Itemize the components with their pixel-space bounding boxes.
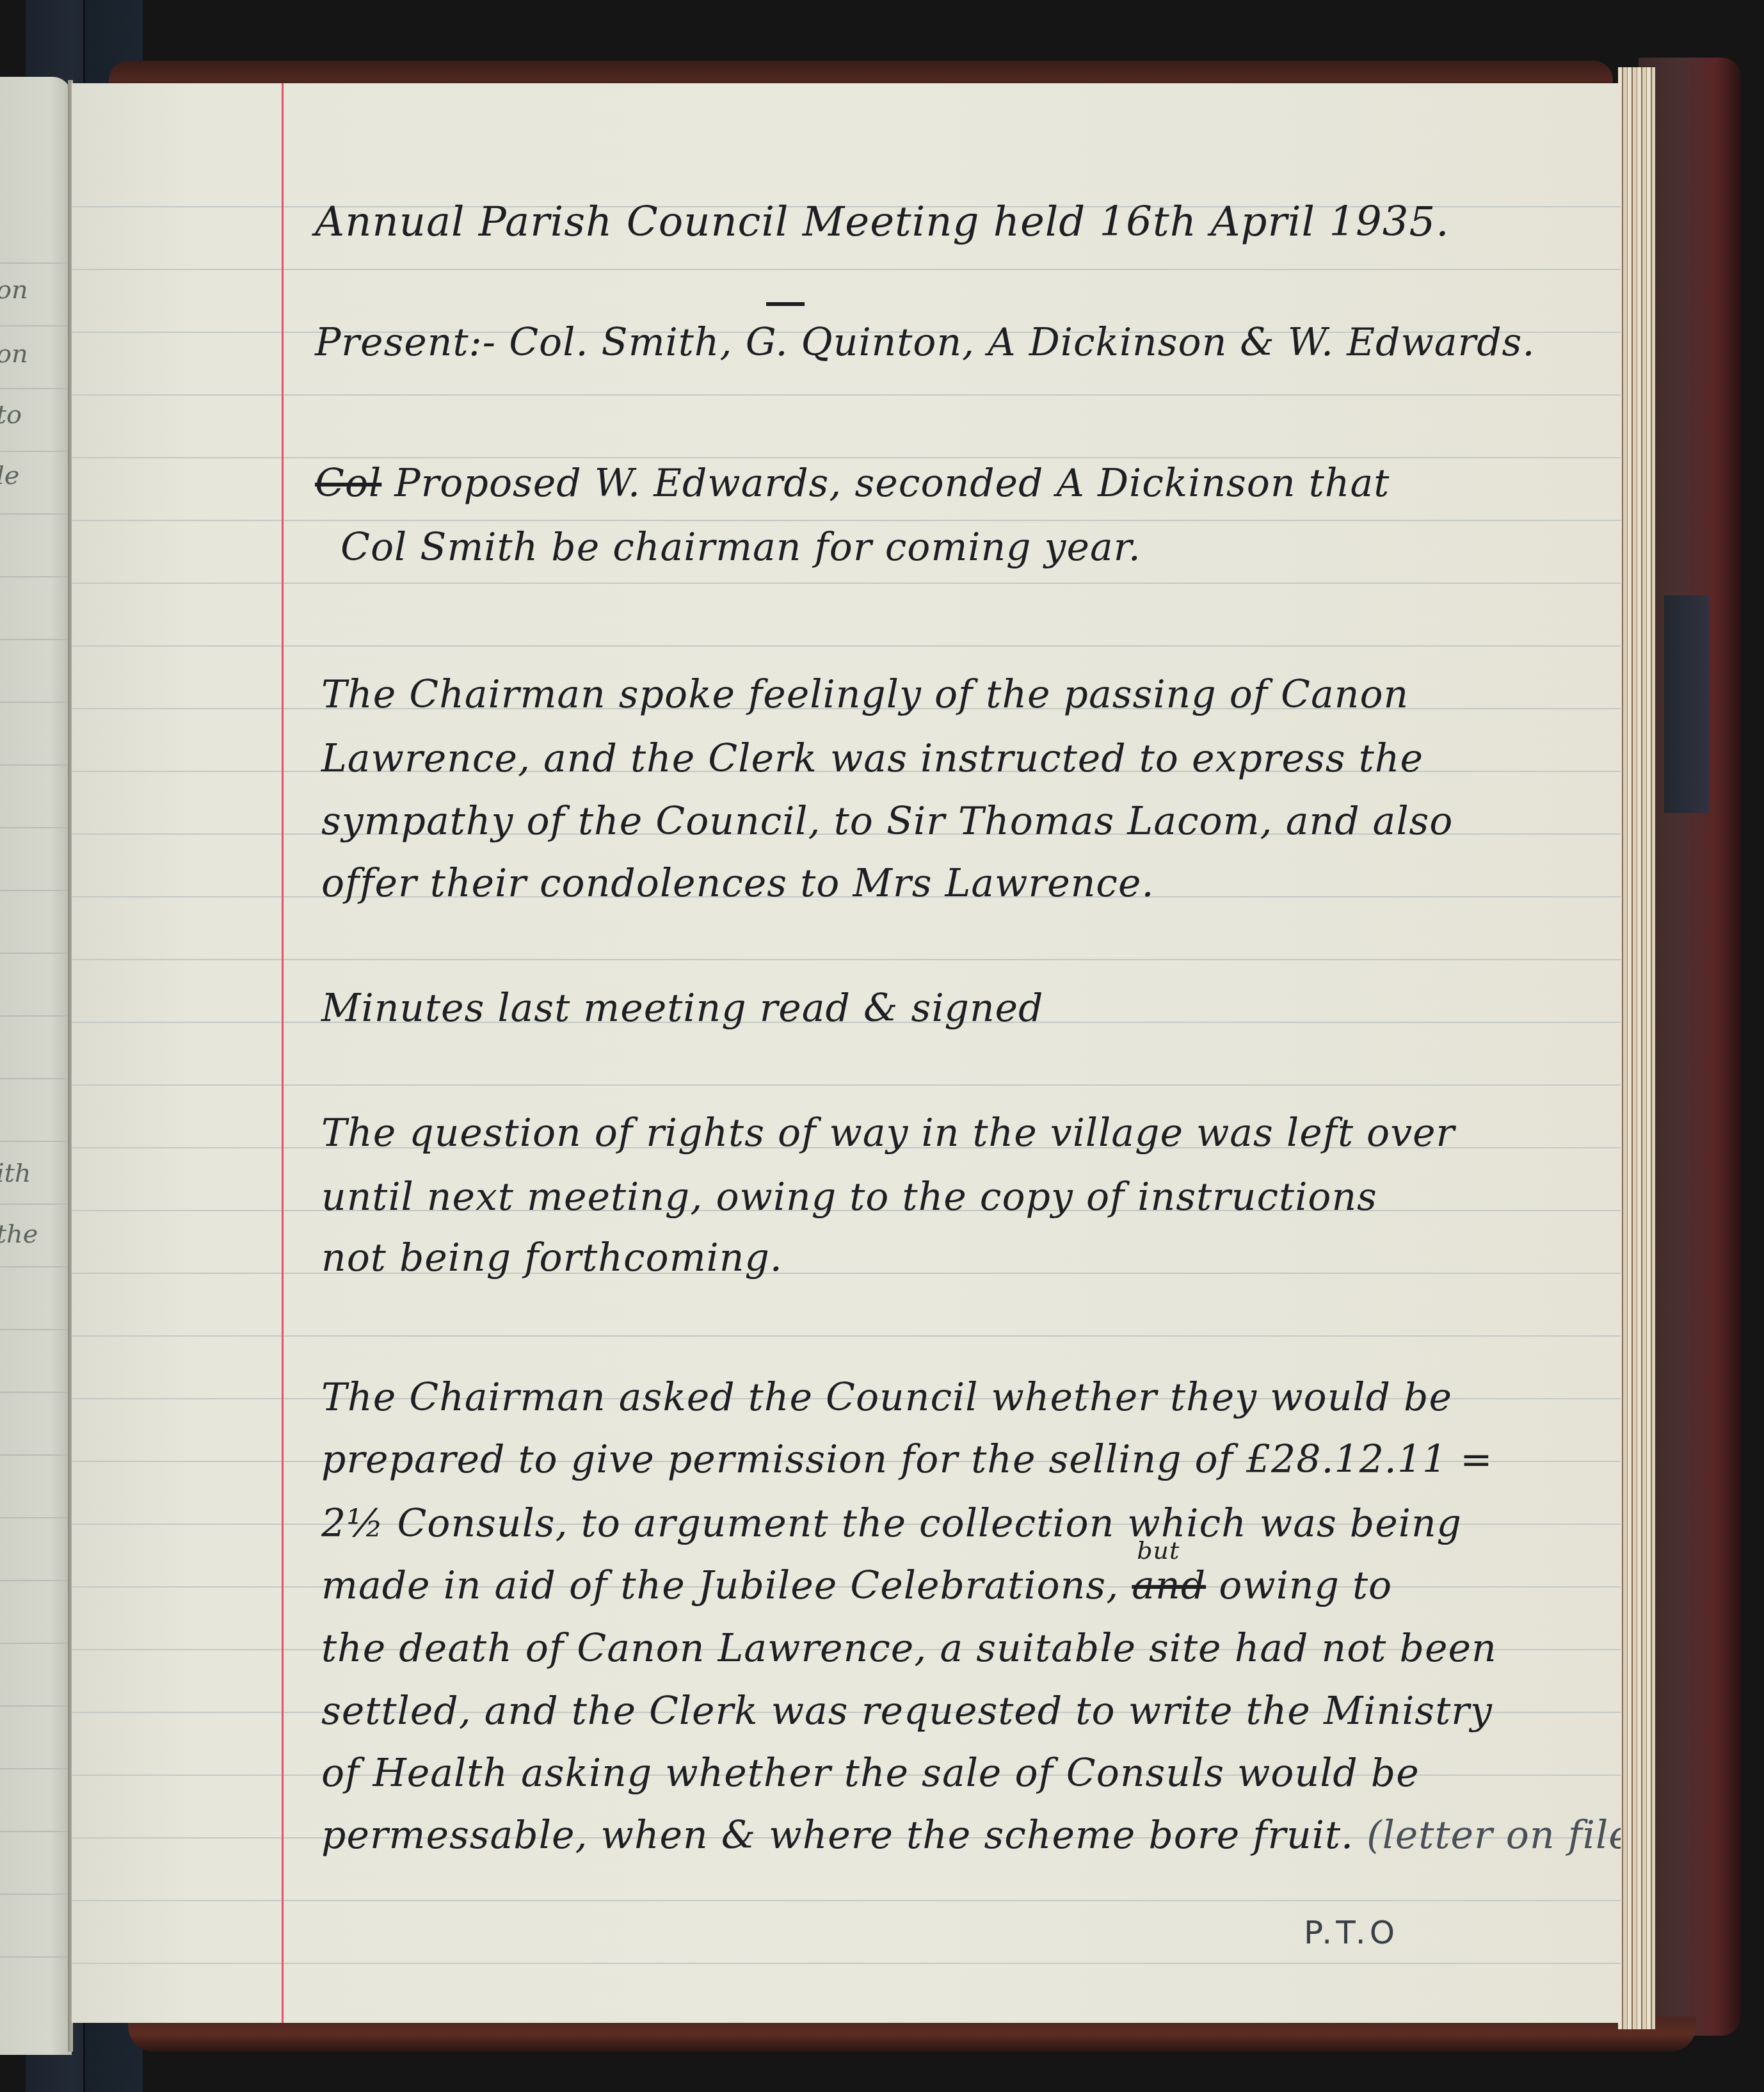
meeting-heading: Annual Parish Council Meeting held 16th … xyxy=(315,198,1450,246)
struck-word: and xyxy=(1132,1563,1206,1608)
previous-page-fragment: ith xyxy=(0,1159,31,1188)
minute-line: not being forthcoming. xyxy=(321,1235,783,1280)
pencil-annotation: (letter on file) xyxy=(1367,1813,1621,1858)
attendees-line: Present:- Col. Smith, G. Quinton, A Dick… xyxy=(315,320,1535,365)
minute-text: permessable, when & where the scheme bor… xyxy=(321,1813,1354,1858)
previous-page-fragment: on xyxy=(0,339,28,369)
please-turn-over-note: P.T.O xyxy=(1304,1914,1399,1951)
minute-line: The Chairman asked the Council whether t… xyxy=(321,1375,1452,1420)
minute-line: until next meeting, owing to the copy of… xyxy=(321,1175,1377,1219)
minute-line: Col Proposed W. Edwards, seconded A Dick… xyxy=(315,461,1390,506)
page-edges xyxy=(1618,67,1655,2029)
minute-line: of Health asking whether the sale of Con… xyxy=(321,1751,1420,1796)
inserted-word: but xyxy=(1137,1536,1180,1565)
minute-line: made in aid of the Jubilee Celebrations,… xyxy=(321,1563,1392,1608)
minute-line: Lawrence, and the Clerk was instructed t… xyxy=(321,736,1423,781)
struck-word: Col xyxy=(315,461,381,506)
previous-page: on on to le ith the xyxy=(0,77,72,2055)
minute-line: 2½ Consuls, to argument the collection w… xyxy=(321,1501,1462,1546)
minute-text: owing to xyxy=(1219,1563,1392,1608)
previous-page-fragment: le xyxy=(0,461,19,490)
minute-book-page: Annual Parish Council Meeting held 16th … xyxy=(72,83,1621,2023)
minute-line: prepared to give permission for the sell… xyxy=(321,1437,1493,1482)
previous-page-fragment: the xyxy=(0,1219,38,1249)
minute-line: the death of Canon Lawrence, a suitable … xyxy=(321,1626,1497,1671)
minute-line: permessable, when & where the scheme bor… xyxy=(321,1813,1621,1858)
minute-line: The question of rights of way in the vil… xyxy=(321,1111,1455,1155)
minute-text: Proposed W. Edwards, seconded A Dickinso… xyxy=(394,461,1390,506)
previous-page-fragment: on xyxy=(0,275,28,305)
minute-line: sympathy of the Council, to Sir Thomas L… xyxy=(321,799,1453,844)
bookmark-ribbon xyxy=(1664,595,1709,813)
minute-line: The Chairman spoke feelingly of the pass… xyxy=(321,672,1409,717)
red-margin-rule xyxy=(282,83,284,2023)
minute-line: settled, and the Clerk was requested to … xyxy=(321,1689,1493,1734)
heading-separator xyxy=(766,302,805,306)
minute-line: Col Smith be chairman for coming year. xyxy=(341,525,1141,570)
previous-page-fragment: to xyxy=(0,400,22,430)
minute-line: offer their condolences to Mrs Lawrence. xyxy=(321,861,1155,906)
minute-line: Minutes last meeting read & signed xyxy=(321,986,1044,1031)
minute-text: made in aid of the Jubilee Celebrations, xyxy=(321,1563,1119,1608)
